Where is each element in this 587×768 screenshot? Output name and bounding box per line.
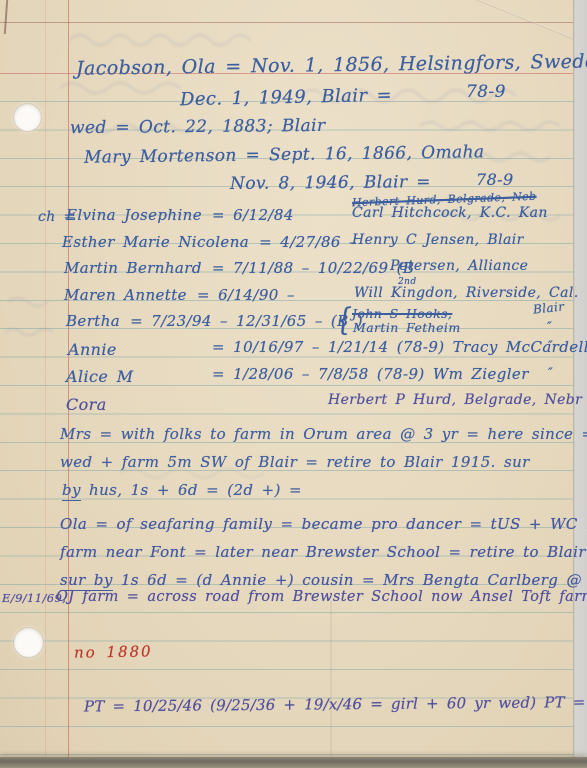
subject-death-line: Dec. 1, 1949, Blair = [180,87,392,109]
child-row: Esther Marie Nicolena= 4/27/86 – [62,235,357,250]
note-mrs-line1: Mrs = with folks to farm in Orum area @ … [60,427,587,442]
scan-edge-bottom [0,757,587,768]
bleed-through-smudge [60,83,180,93]
spouse-place: Blair [532,300,564,315]
child-row: = 10/16/97 – 1/21/14 (78-9) Tracy McCard… [212,340,587,355]
note-ola-line3: sur by 1s 6d = (d Annie +) cousin = Mrs … [60,573,587,588]
spouse-brace: { [336,304,352,335]
underlined-words: sur by [60,571,113,591]
edge-mark [4,0,8,34]
note-ola-line1: Ola = of seafaring family = became pro d… [60,517,587,532]
spouse-superscript: 2nd [398,278,416,287]
spouse-death-line: Nov. 8, 1946, Blair = [230,174,431,193]
hole-punch [14,628,43,657]
child-name: Annie [68,342,117,358]
child-spouse: Henry C Jensen, Blair [352,233,524,247]
child-name: Elvina Josephine [66,206,202,224]
child-dates: = 6/12/84 [212,206,294,224]
child-row: Bertha= 7/23/94 – 12/31/65 – (B ) [66,314,363,329]
red-census-note: no 1880 [74,644,153,660]
child-spouse: John S Hooks, [352,308,452,321]
bleed-through-smudge [70,35,250,45]
child-name: Alice M [66,369,134,385]
page-ref: 78-9 [466,84,506,101]
child-spouse: Will Kingdon, Riverside, Cal. [354,286,579,300]
child-name: Esther Marie Nicolena [62,233,249,251]
note-text: 1s 6d = (d Annie +) cousin = Mrs Bengta … [113,571,587,589]
child-dates: = 7/23/94 – 12/31/65 – (B ) [130,312,363,330]
note-text: hus, 1s + 6d = (2d +) = [81,481,302,499]
paper-crease [330,600,332,768]
bleed-through-smudge [420,122,560,130]
scanned-notebook-page: Jacobson, Ola = Nov. 1, 1856, Helsingfor… [0,0,587,768]
ditto-mark: ″ [548,367,553,380]
faint-margin-line [45,0,46,768]
child-name: Bertha [66,312,120,330]
child-row: Elvina Josephine= 6/12/84 [66,208,294,223]
child-row: Martin Bernhard= 7/11/88 – 10/22/69 (B [64,261,414,276]
top-header-rule [0,22,587,23]
subject-name-line: Jacobson, Ola = Nov. 1, 1856, Helsingfor… [76,52,587,78]
underlined-word: by [62,481,81,501]
wedding-line: wed = Oct. 22, 1883; Blair [70,118,326,137]
bleed-through-smudge [8,298,48,306]
child-dates: = 4/27/86 – [259,233,357,251]
child-name: Cora [66,397,107,413]
ditto-mark: ″ [548,340,553,353]
child-spouse-second: Martin Fetheim [353,322,461,335]
child-name: Maren Annette [64,286,187,304]
child-row: Maren Annette= 6/14/90 – [64,288,295,303]
child-spouse: Wm Ziegler [433,365,529,383]
note-mrs-line2: wed + farm 5m SW of Blair = retire to Bl… [60,455,530,470]
scan-edge-right [573,0,587,768]
pt-reference-line: PT = 10/25/46 (9/25/36 + 19/x/46 = girl … [84,695,587,715]
ditto-mark: ″ [547,321,552,334]
note-mrs-line3: by hus, 1s + 6d = (2d +) = [62,483,302,498]
child-spouse: Carl Hitchcock, K.C. Kan [352,206,548,220]
child-spouse: Herbert P Hurd, Belgrade, Nebr [328,393,582,407]
child-name: Martin Bernhard [64,259,202,277]
child-dates: = 7/11/88 – 10/22/69 (B [212,259,414,277]
child-spouse: Tracy McCardell [453,338,587,356]
spouse-name-line: Mary Mortenson = Sept. 16, 1866, Omaha [84,144,485,167]
note-ola-line2: farm near Font = later near Brewster Sch… [60,545,587,560]
child-dates: = 10/16/97 – 1/21/14 (78-9) [212,338,445,356]
child-dates: = 1/28/06 – 7/8/58 (78-9) [212,365,425,383]
child-spouse: Petersen, Alliance [390,259,528,273]
note-ola-line4: OJ farm = across road from Brewster Scho… [56,590,587,605]
page-ref: 78-9 [476,172,514,188]
child-row: = 1/28/06 – 7/8/58 (78-9) Wm Ziegler [212,367,529,382]
hole-punch [14,104,41,131]
child-dates: = 6/14/90 – [197,286,295,304]
